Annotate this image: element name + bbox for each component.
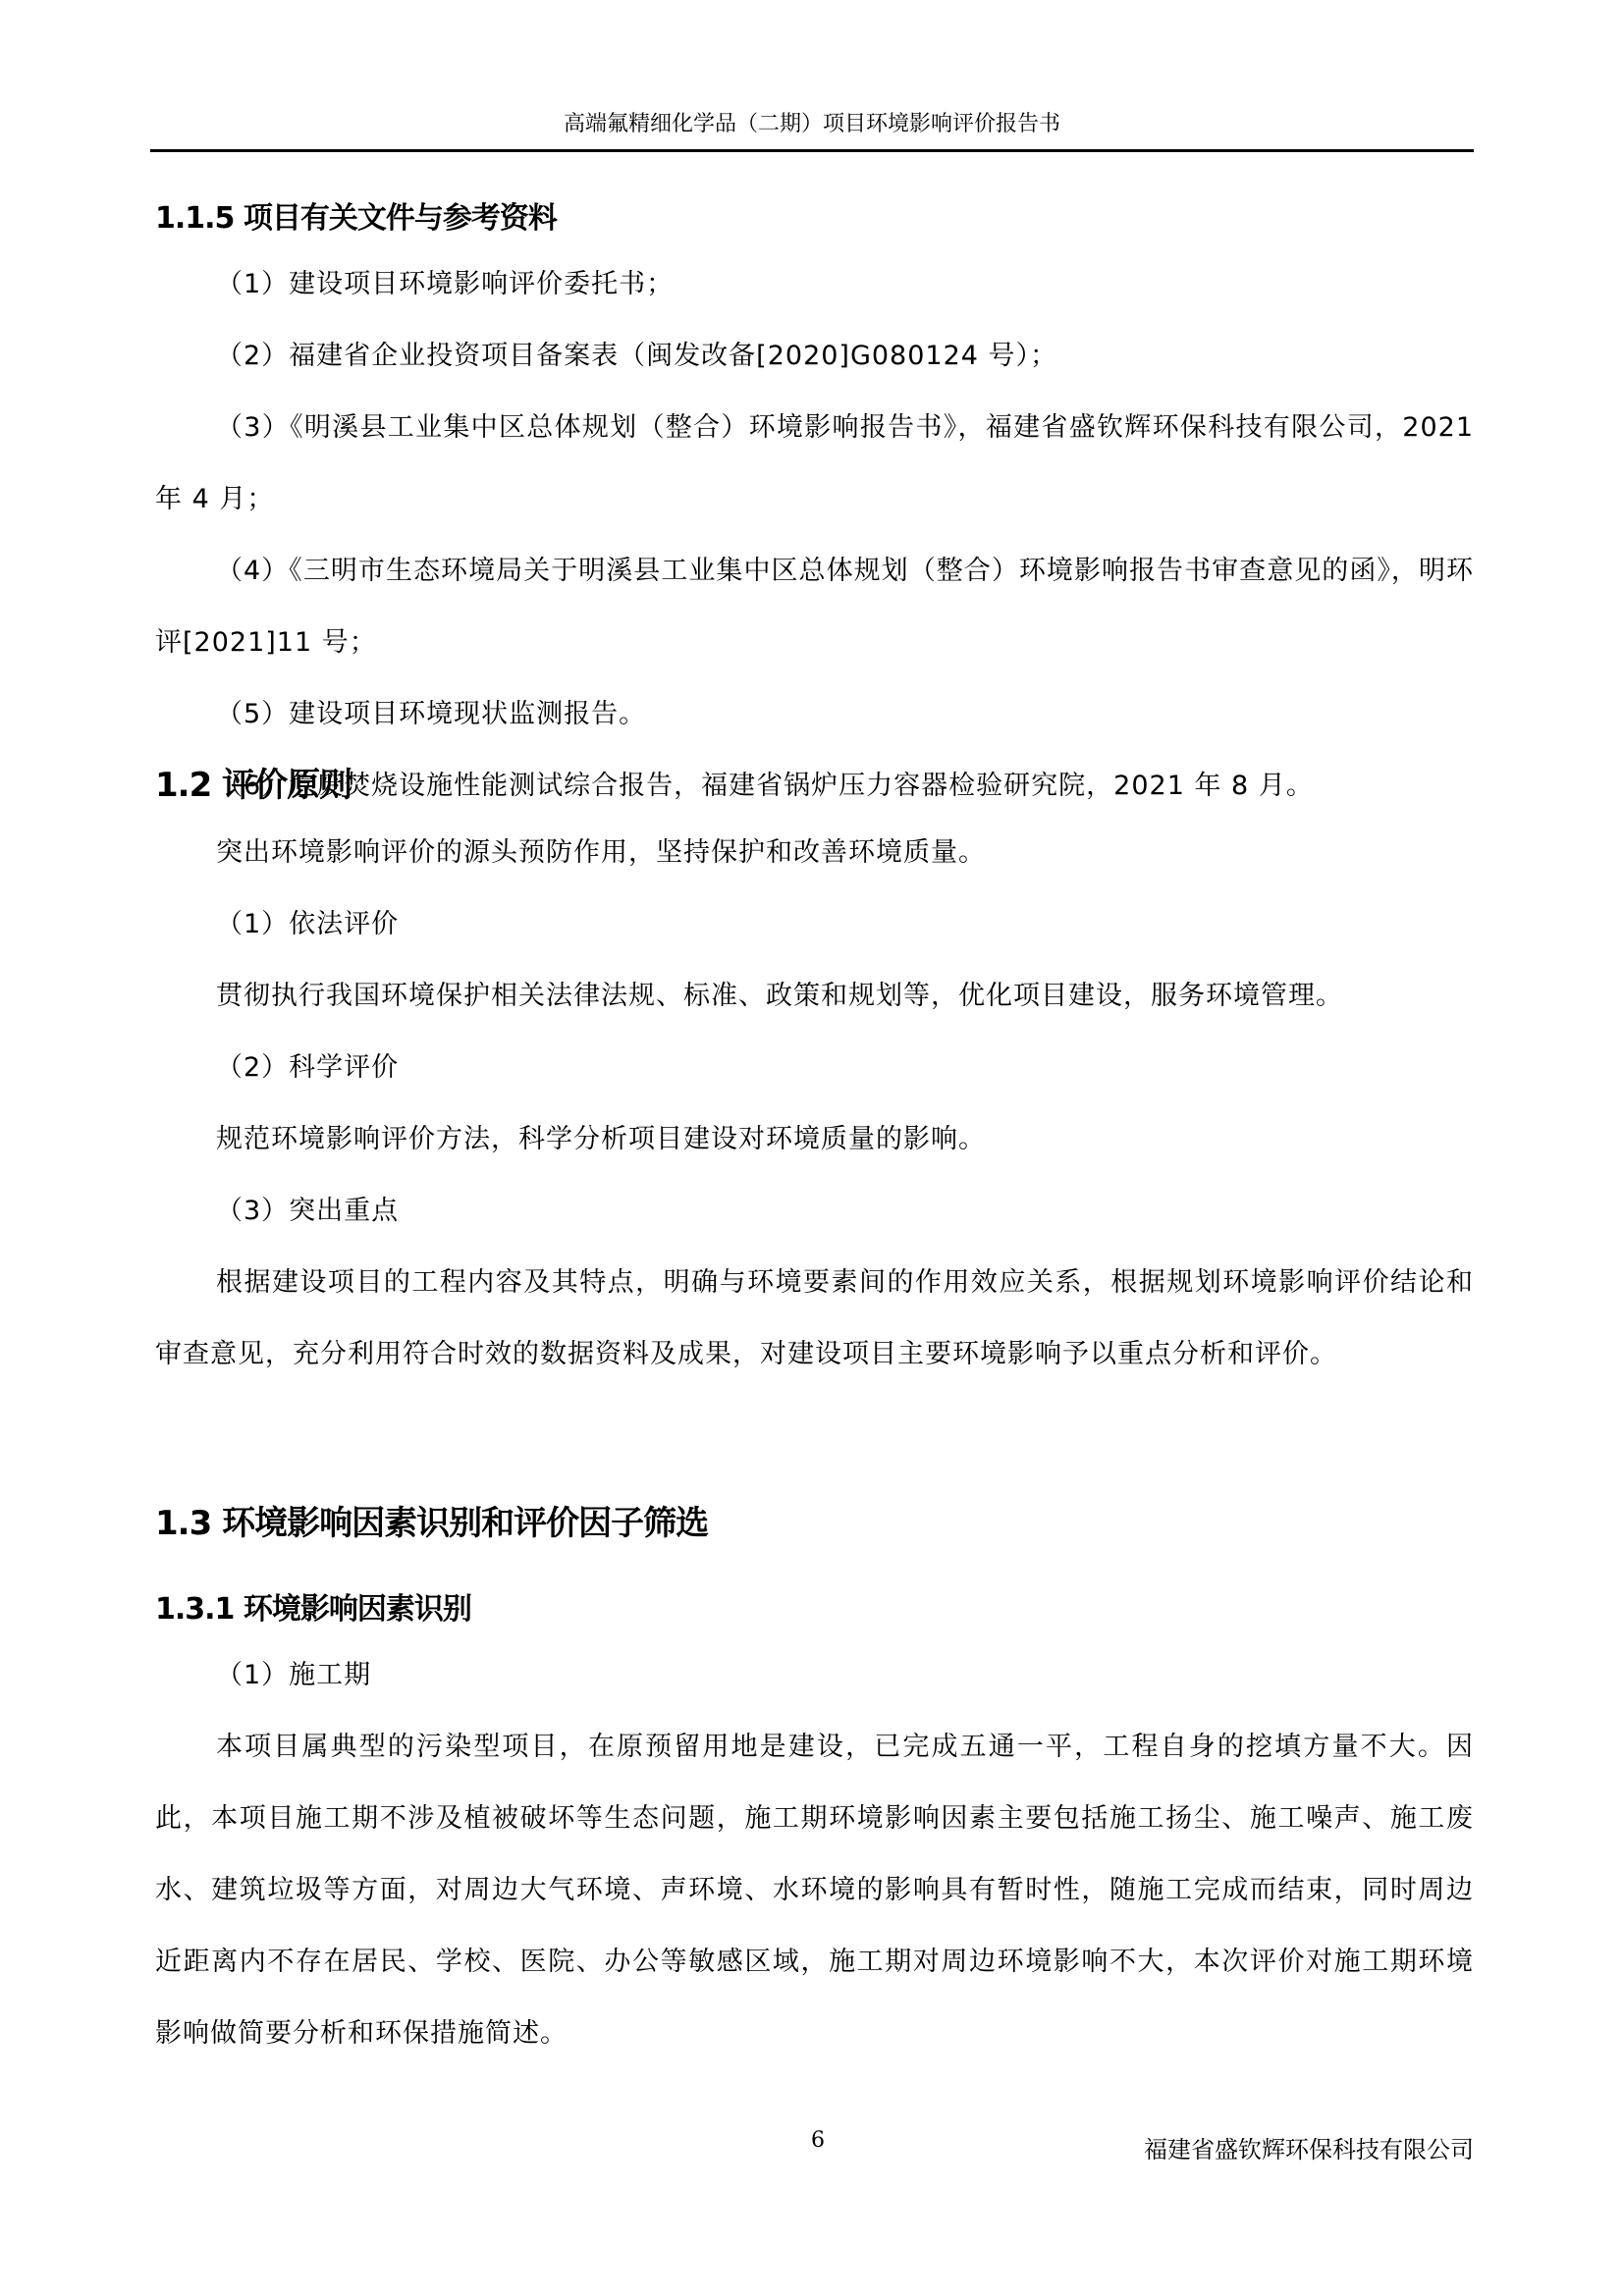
construction-period-body: 本项目属典型的污染型项目，在原预留用地是建设，已完成五通一平，工程自身的挖填方量…	[155, 1711, 1474, 2069]
running-header: 高端氟精细化学品（二期）项目环境影响评价报告书	[150, 110, 1474, 139]
page-footer: 6 福建省盛钦辉环保科技有限公司	[150, 2128, 1474, 2167]
section-1-2: 1.2 评价原则	[155, 764, 1474, 807]
page-number: 6	[811, 2128, 825, 2153]
header-divider	[150, 149, 1474, 152]
section-heading-1-3: 1.3 环境影响因素识别和评价因子筛选	[155, 1502, 1474, 1545]
section-heading-1-3-1: 1.3.1 环境影响因素识别	[155, 1590, 1474, 1629]
footer-company: 福建省盛钦辉环保科技有限公司	[1144, 2130, 1474, 2164]
principle-body: 贯彻执行我国环境保护相关法律法规、标准、政策和规划等，优化项目建设，服务环境管理…	[155, 960, 1474, 1032]
subsection-title: （1）施工期	[155, 1639, 1474, 1711]
principle-title: （1）依法评价	[155, 888, 1474, 960]
principle-body: 规范环境影响评价方法，科学分析项目建设对环境质量的影响。	[155, 1103, 1474, 1175]
principles-intro: 突出环境影响评价的源头预防作用，坚持保护和改善环境质量。	[155, 817, 1474, 888]
reference-item: （1）建设项目环境影响评价委托书；	[155, 248, 1474, 320]
principle-title: （2）科学评价	[155, 1032, 1474, 1103]
section-heading-1-2: 1.2 评价原则	[155, 764, 1474, 807]
reference-item: （5）建设项目环境现状监测报告。	[155, 678, 1474, 750]
section-1-3-1: 1.3.1 环境影响因素识别	[155, 1590, 1474, 1629]
principle-title: （3）突出重点	[155, 1175, 1474, 1247]
reference-item: （2）福建省企业投资项目备案表（闽发改备[2020]G080124 号）；	[155, 320, 1474, 392]
reference-list: （1）建设项目环境影响评价委托书； （2）福建省企业投资项目备案表（闽发改备[2…	[155, 248, 1474, 822]
evaluation-principles: 突出环境影响评价的源头预防作用，坚持保护和改善环境质量。 （1）依法评价 贯彻执…	[155, 817, 1474, 1390]
principle-body: 根据建设项目的工程内容及其特点，明确与环境要素间的作用效应关系，根据规划环境影响…	[155, 1247, 1474, 1390]
section-1-1-5: 1.1.5 项目有关文件与参考资料	[155, 199, 1474, 239]
section-1-3: 1.3 环境影响因素识别和评价因子筛选	[155, 1502, 1474, 1545]
section-heading-1-1-5: 1.1.5 项目有关文件与参考资料	[155, 199, 1474, 239]
reference-item: （3）《明溪县工业集中区总体规划（整合）环境影响报告书》，福建省盛钦辉环保科技有…	[155, 392, 1474, 535]
construction-period: （1）施工期 本项目属典型的污染型项目，在原预留用地是建设，已完成五通一平，工程…	[155, 1639, 1474, 2069]
reference-item: （4）《三明市生态环境局关于明溪县工业集中区总体规划（整合）环境影响报告书审查意…	[155, 535, 1474, 678]
